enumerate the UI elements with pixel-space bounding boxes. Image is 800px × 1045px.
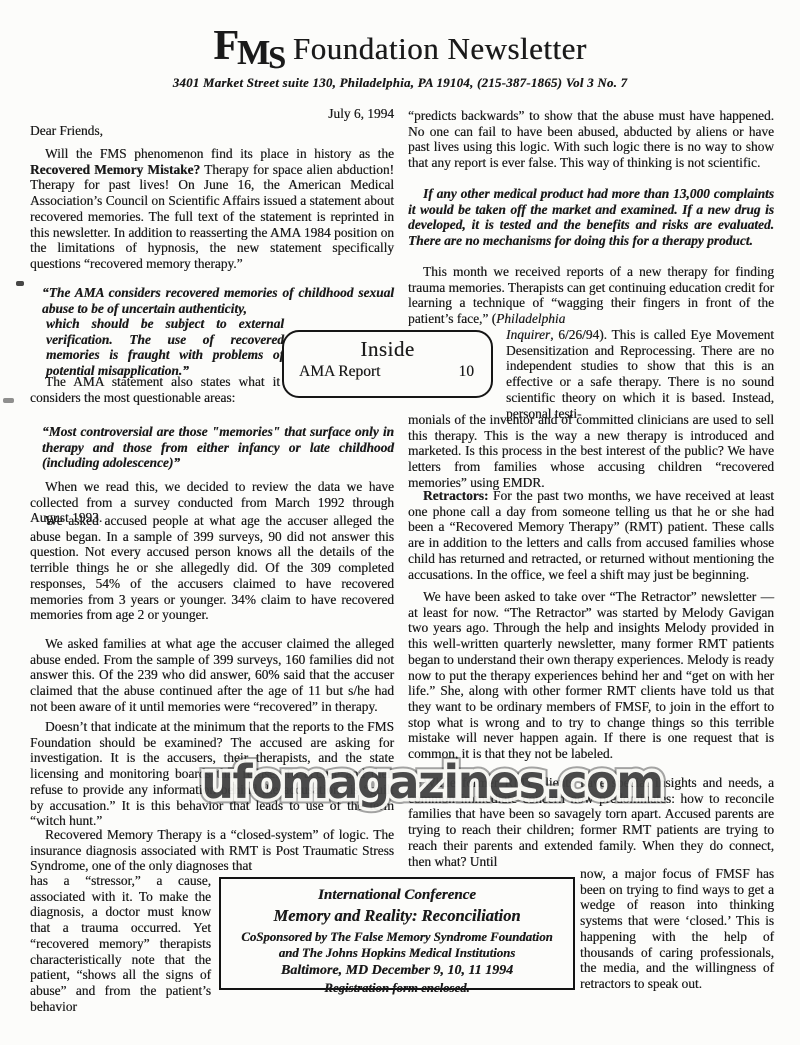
salutation: Dear Friends, <box>30 123 394 139</box>
paragraph: We have been asked to take over “The Ret… <box>408 589 774 762</box>
inside-box-title: Inside <box>284 337 491 362</box>
paragraph: We asked accused people at what age the … <box>30 513 394 623</box>
paragraph-text: Will the FMS phenomenon find its place i… <box>45 146 394 161</box>
watermark-text: ufomagazines.com <box>201 755 662 809</box>
conference-sponsor-line2: and The Johns Hopkins Medical Institutio… <box>221 946 573 961</box>
paragraph: We asked families at what age the accuse… <box>30 636 394 715</box>
conference-sponsor-line: CoSponsored by The False Memory Syndrome… <box>221 930 573 945</box>
quote-block: “Most controversial are those "memories"… <box>42 424 394 471</box>
inside-contents-box: Inside AMA Report 10 <box>282 330 493 398</box>
scan-artifact <box>3 398 14 403</box>
paragraph: Recovered Memory Therapy is a “closed-sy… <box>30 827 394 874</box>
toc-item-label: AMA Report <box>299 363 380 381</box>
paragraph-wrapped: has a “stressor,” a cause, associated wi… <box>30 873 211 1014</box>
conference-location-date: Baltimore, MD December 9, 10, 11 1994 <box>221 963 573 979</box>
address-line: 3401 Market Street suite 130, Philadelph… <box>0 76 800 91</box>
quote-block: “The AMA considers recovered memories of… <box>42 285 394 316</box>
date-line: July 6, 1994 <box>30 106 394 122</box>
paragraph-bold-text: Recovered Memory Mistake? <box>30 162 200 177</box>
conference-announcement-box: International Conference Memory and Real… <box>219 877 575 990</box>
paragraph-text: This month we received reports of a new … <box>408 264 774 326</box>
conference-registration-note: Registration form enclosed. <box>221 981 573 996</box>
conference-title: International Conference <box>221 887 573 904</box>
paragraph-wrapped: now, a major focus of FMSF has been on t… <box>580 866 774 992</box>
paragraph-wrapped: monials of the inventor and of committed… <box>408 412 774 491</box>
paragraph: “predicts backwards” to show that the ab… <box>408 108 774 171</box>
citation-italic: Philadelphia <box>496 311 565 326</box>
paragraph-lead-bold: Retractors: <box>423 488 488 503</box>
quote-block-wrapped: which should be subject to external veri… <box>46 316 284 379</box>
citation-italic: Inquirer <box>506 327 550 342</box>
masthead: FMSFoundation Newsletter <box>0 22 800 70</box>
paragraph-wrapped: Inquirer, 6/26/94). This is called Eye M… <box>506 327 774 421</box>
newsletter-page: FMSFoundation Newsletter 3401 Market Str… <box>0 0 800 1045</box>
toc-item: AMA Report 10 <box>284 362 491 381</box>
paragraph: Retractors: For the past two months, we … <box>408 488 774 582</box>
paragraph-italic: If any other medical product had more th… <box>408 186 774 249</box>
logo-letter-m: M <box>237 33 268 73</box>
paragraph: Will the FMS phenomenon find its place i… <box>30 146 394 272</box>
paragraph-text: Therapy for space alien abduction! Thera… <box>30 162 394 271</box>
logo-letter-f: F <box>213 22 237 70</box>
paragraph: This month we received reports of a new … <box>408 264 774 327</box>
scan-artifact <box>16 281 24 286</box>
toc-item-page-number: 10 <box>459 363 475 381</box>
conference-subtitle: Memory and Reality: Reconciliation <box>221 906 573 926</box>
watermark: ufomagazines.com ufomagazines.com <box>192 748 672 820</box>
logo-letter-s: S <box>268 39 286 76</box>
paragraph: The AMA statement also states what it co… <box>30 374 280 405</box>
newsletter-title: Foundation Newsletter <box>293 31 587 66</box>
